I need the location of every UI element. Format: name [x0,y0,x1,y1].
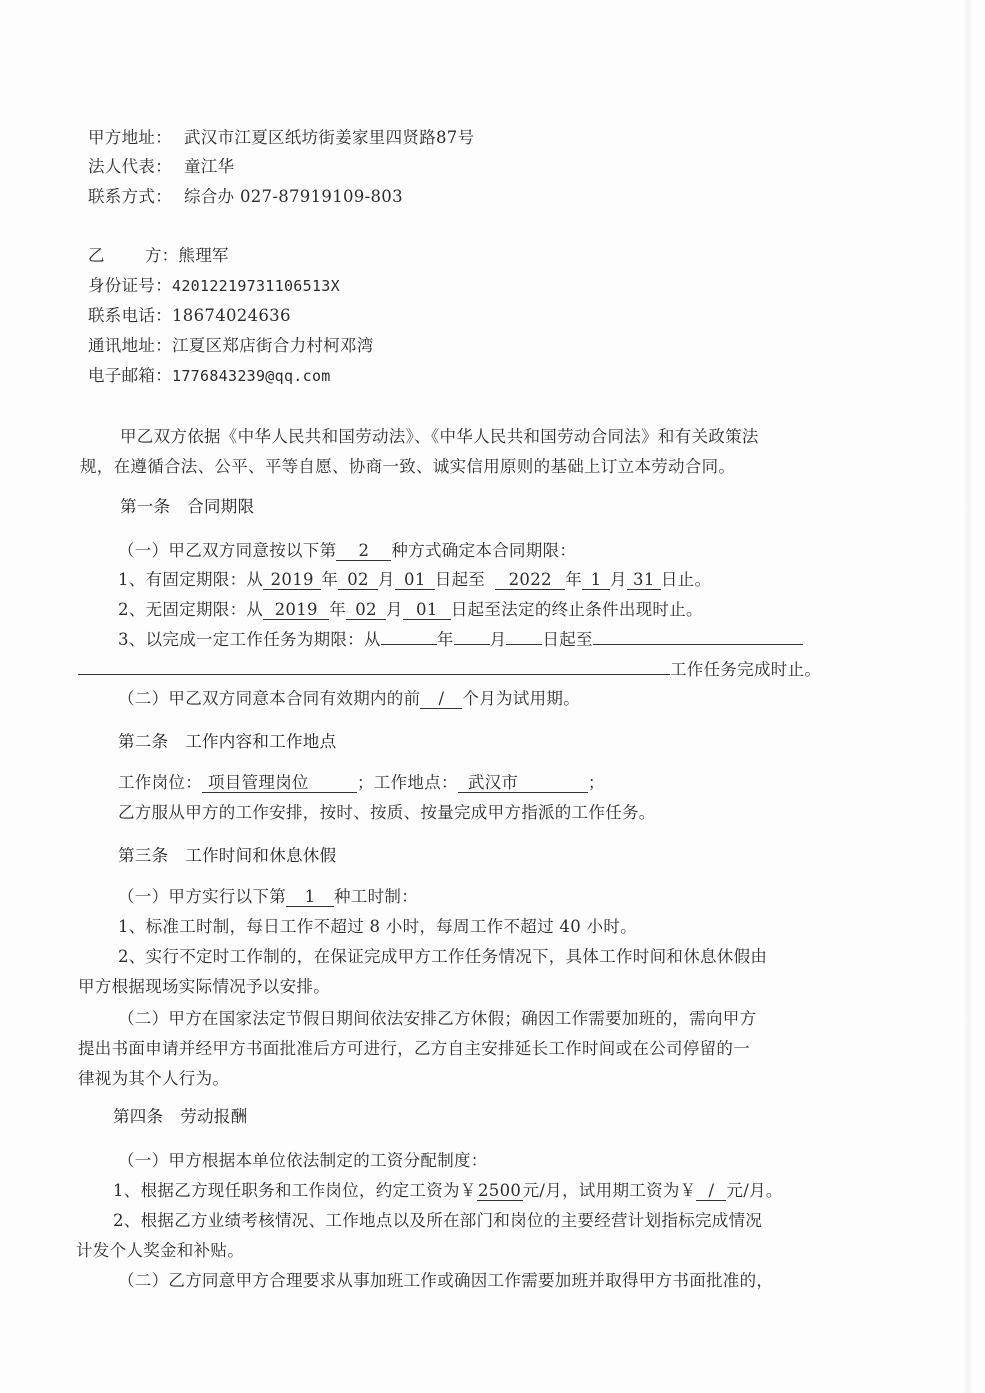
item1-start-day: 01 [395,571,435,590]
article-1-p2-pre: （二）甲乙双方同意本合同有效期内的前 [118,689,420,708]
party-a-address-row: 甲方地址：武汉市江夏区纸坊街姜家里四贤路87号 [88,127,474,149]
article-3-title: 第三条 工作时间和休息休假 [118,845,336,867]
item3-day [506,644,542,645]
article-2-position-row: 工作岗位：项目管理岗位；工作地点：武汉市； [118,772,605,794]
article-2-title: 第二条 工作内容和工作地点 [118,731,336,753]
party-b-id: 42012219731106513X [172,277,340,295]
article-1-item-3: 3、以完成一定工作任务为期限：从年月日起至 [118,629,803,651]
year-label: 年 [329,600,346,619]
article-2-text: 乙方服从甲方的工作安排，按时、按质、按量完成甲方指派的工作任务。 [118,802,656,824]
salary-post: 元/月。 [726,1181,782,1200]
article-4-item-2-line-2: 计发个人奖金和补贴。 [76,1240,244,1262]
article-1-p2-post: 个月为试用期。 [462,689,580,708]
article-1-item-1: 1、有固定期限：从2019年02月01日起至2022年1月31日止。 [118,569,711,591]
article-3-p1: （一）甲方实行以下第1种工时制： [118,886,418,908]
salary-field: 2500 [477,1182,523,1201]
article-3-p2-line-2: 提出书面申请并经甲方书面批准后方可进行，乙方自主安排延长工作时间或在公司停留的一 [78,1038,750,1060]
item3-task-field-cont [78,674,670,675]
month-label: 月 [490,630,507,649]
position-label: 工作岗位： [118,773,202,792]
party-b-email-label: 电子邮箱： [88,366,172,385]
page-edge-shadow [963,0,973,1393]
party-a-contact-row: 联系方式：综合办 027-87919109-803 [88,186,403,208]
article-3-item-2-line-1: 2、实行不定时工作制的，在保证完成甲方工作任务情况下，具体工作时间和休息休假由 [118,946,767,968]
party-a-legal-rep: 童江华 [184,157,234,176]
preamble-line-1: 甲乙双方依据《中华人民共和国劳动法》、《中华人民共和国劳动合同法》和有关政策法 [120,426,759,448]
article-4-p2: （二）乙方同意甲方合理要求从事加班工作或确因工作需要加班并取得甲方书面批准的， [118,1270,773,1292]
party-b-name-label-1: 乙 [88,246,105,265]
article-3-p1-post: 种工时制： [334,887,418,906]
article-3-p1-pre: （一）甲方实行以下第 [118,887,286,906]
month-label: 月 [386,600,403,619]
party-b-id-label: 身份证号： [88,276,172,295]
preamble-line-2: 规，在遵循合法、公平、平等自愿、协商一致、诚实信用原则的基础上订立本劳动合同。 [80,456,735,478]
party-b-address-row: 通讯地址：江夏区郑店街合力村柯邓湾 [88,335,374,357]
item1-start-year: 2019 [263,571,321,590]
item3-year [381,644,437,645]
item3-end: 工作任务完成时止。 [670,660,821,679]
article-3-p2-line-3: 律视为其个人行为。 [78,1068,229,1090]
item1-mid: 日起至 [435,570,485,589]
location-end: ； [588,773,605,792]
probation-months-field: / [420,690,462,709]
year-label: 年 [437,630,454,649]
item1-pre: 1、有固定期限：从 [118,570,263,589]
item1-end-year: 2022 [495,571,565,590]
salary-mid: 元/月，试用期工资为￥ [523,1181,697,1200]
article-3-item-2-line-2: 甲方根据现场实际情况予以安排。 [78,976,330,998]
article-3-item-1: 1、标准工时制，每日工作不超过 8 小时，每周工作不超过 40 小时。 [118,916,637,938]
article-1-p2: （二）甲乙双方同意本合同有效期内的前/个月为试用期。 [118,688,580,710]
party-b-phone-label: 联系电话： [88,306,172,325]
item2-day: 01 [403,601,451,620]
party-b-name-label-2: 方： [145,246,179,265]
party-b-email-row: 电子邮箱：1776843239@qq.com [88,365,331,387]
item1-start-month: 02 [338,571,378,590]
article-4-item-2-line-1: 2、根据乙方业绩考核情况、工作地点以及所在部门和岗位的主要经营计划指标完成情况 [113,1210,762,1232]
party-b-name-row: 乙方：熊理军 [88,245,229,267]
item3-mid: 日起至 [542,630,592,649]
party-b-address: 江夏区郑店街合力村柯邓湾 [172,336,374,355]
party-a-legal-rep-label: 法人代表： [88,157,172,176]
location-label: ；工作地点： [357,773,458,792]
item1-end-month: 1 [582,571,610,590]
item2-month: 02 [346,601,386,620]
party-a-address: 武汉市江夏区纸坊街姜家里四贤路87号 [184,128,474,147]
salary-pre: 1、根据乙方现任职务和工作岗位，约定工资为￥ [113,1181,477,1200]
article-1-item-3-cont: 工作任务完成时止。 [78,659,821,681]
item2-post: 日起至法定的终止条件出现时止。 [451,600,703,619]
party-b-phone: 18674024636 [172,306,291,325]
month-label: 月 [378,570,395,589]
party-b-address-label: 通讯地址： [88,336,172,355]
item1-end-day: 31 [627,571,661,590]
party-b-name: 熊理军 [178,246,228,265]
party-a-address-label: 甲方地址： [88,128,172,147]
party-b-email: 1776843239@qq.com [172,367,331,385]
party-a-contact-label: 联系方式： [88,187,172,206]
item1-post: 日止。 [661,570,711,589]
article-1-item-2: 2、无固定期限：从2019年02月01日起至法定的终止条件出现时止。 [118,599,703,621]
party-a-contact: 综合办 027-87919109-803 [184,187,403,206]
year-label: 年 [321,570,338,589]
article-4-item-1: 1、根据乙方现任职务和工作岗位，约定工资为￥2500元/月，试用期工资为￥/元/… [113,1180,783,1202]
party-a-legal-rep-row: 法人代表：童江华 [88,156,234,178]
item3-task-field [593,644,803,645]
month-label: 月 [610,570,627,589]
article-1-p1-post: 种方式确定本合同期限： [391,541,576,560]
year-label: 年 [565,570,582,589]
item2-pre: 2、无固定期限：从 [118,600,263,619]
probation-salary-field: / [696,1182,726,1201]
party-b-id-row: 身份证号：42012219731106513X [88,275,340,297]
location-field: 武汉市 [458,774,588,793]
article-4-p1: （一）甲方根据本单位依法制定的工资分配制度： [118,1150,488,1172]
article-3-p2-line-1: （二）甲方在国家法定节假日期间依法安排乙方休假；确因工作需要加班的，需向甲方 [118,1008,756,1030]
article-1-title: 第一条 合同期限 [120,496,254,518]
position-field: 项目管理岗位 [202,774,357,793]
item2-year: 2019 [263,601,329,620]
article-1-p1-pre: （一）甲乙双方同意按以下第 [118,541,336,560]
work-hours-type-field: 1 [286,888,334,907]
article-1-p1: （一）甲乙双方同意按以下第2种方式确定本合同期限： [118,540,576,562]
party-b-phone-row: 联系电话：18674024636 [88,305,291,327]
article-4-title: 第四条 劳动报酬 [113,1106,247,1128]
item3-pre: 3、以完成一定工作任务为期限：从 [118,630,381,649]
contract-type-field: 2 [336,542,391,561]
item3-month [454,644,490,645]
